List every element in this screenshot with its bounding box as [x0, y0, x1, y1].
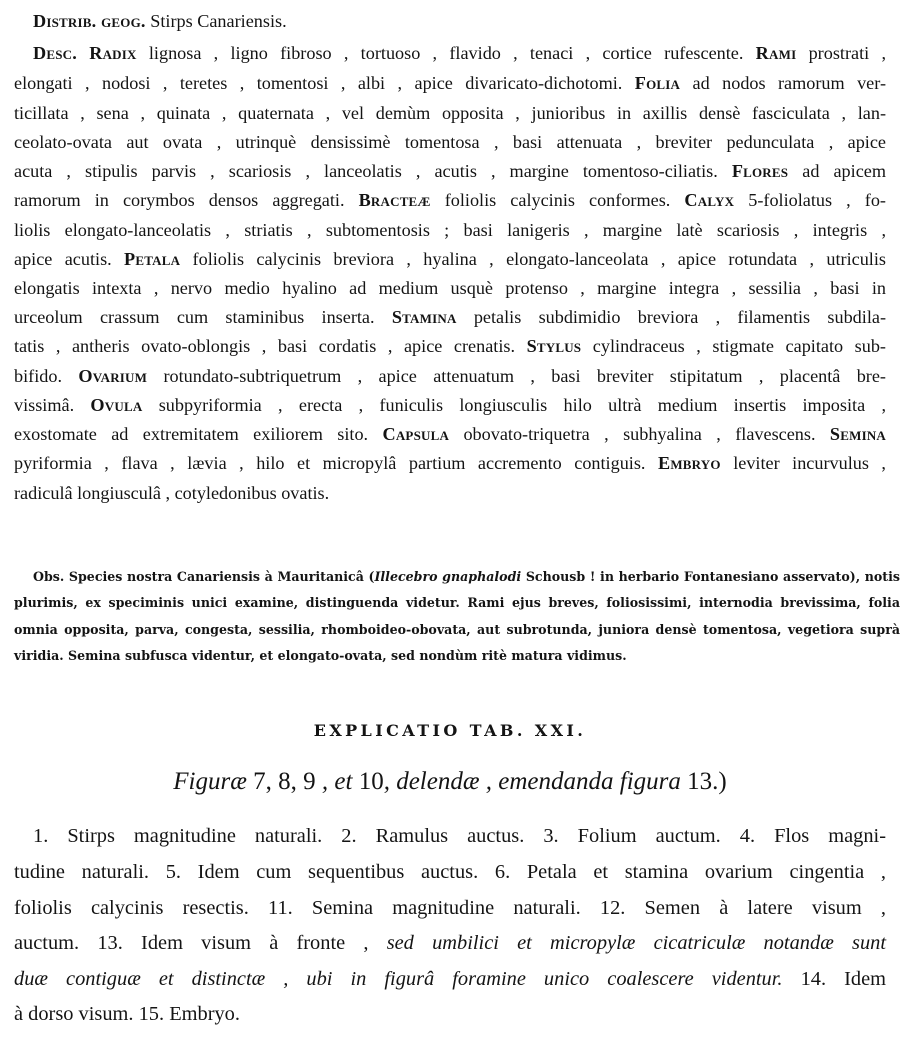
figure-explanation-line: tudine naturali. 5. Idem cum sequentibus… [14, 858, 886, 886]
section-label: Petala [124, 249, 180, 269]
description-line: exostomate ad extremitatem exiliorem sit… [14, 422, 886, 446]
description-line: acuta , stipulis parvis , scariosis , la… [14, 159, 886, 183]
text-run: rotundato-subtriquetrum , apice attenuat… [147, 366, 886, 386]
description-line: radiculâ longiusculâ , cotyledonibus ova… [14, 481, 886, 505]
text-run: ticillata , sena , quinata , quaternata … [14, 103, 886, 123]
figure-number: 7, 8, 9 [253, 768, 316, 795]
figure-number: 10 [359, 768, 384, 795]
text-run [77, 43, 89, 63]
text-run: lignosa , ligno fibroso , tortuoso , fla… [137, 43, 756, 63]
section-label: Stylus [527, 336, 582, 356]
distribution-line: Distrib. geog. Stirps Canariensis. [33, 9, 886, 33]
italic-text: , et [316, 768, 359, 795]
explicatio-subheading: Figuræ 7, 8, 9 , et 10, delendæ , emenda… [0, 768, 900, 796]
description-line: ramorum in corymbos densos aggregati. Br… [14, 188, 886, 212]
text-run: liolis elongato-lanceolatis , striatis ,… [14, 220, 886, 240]
text-run: apice acutis. [14, 249, 124, 269]
description-line: pyriformia , flava , lævia , hilo et mic… [14, 451, 886, 475]
description-line: ceolato-ovata aut ovata , utrinquè densi… [14, 130, 886, 154]
text-run: ad nodos ramorum ver- [680, 73, 886, 93]
text-run: viridia. Semina subfusca videntur, et el… [14, 648, 627, 663]
section-label: Flores [732, 161, 788, 181]
italic-text: Illecebro gnaphalodi [375, 569, 522, 584]
text-run: foliolis calycinis resectis. 11. Semina … [14, 897, 886, 919]
italic-text: duæ contiguæ et distinctæ , ubi in figur… [14, 968, 783, 990]
text-run: plurimis, ex speciminis unici examine, d… [14, 595, 900, 610]
figure-explanation-line: 1. Stirps magnitudine naturali. 2. Ramul… [33, 822, 886, 850]
figure-number: 13.) [687, 768, 727, 795]
description-line: ticillata , sena , quinata , quaternata … [14, 101, 886, 125]
text-run: subpyriformia , erecta , funiculis longi… [142, 395, 886, 415]
section-label: Semina [830, 424, 886, 444]
text-run: prostrati , [796, 43, 886, 63]
section-label: Ovula [90, 395, 142, 415]
text-run: leviter incurvulus , [721, 453, 886, 473]
description-line: Desc. Radix lignosa , ligno fibroso , to… [33, 41, 886, 65]
section-label: Capsula [383, 424, 450, 444]
section-label: Embryo [658, 453, 721, 473]
distribution-text: Stirps Canariensis. [146, 11, 287, 31]
section-label: Bracteæ [359, 190, 431, 210]
text-run: omnia opposita, parva, congesta, sessili… [14, 622, 900, 637]
section-label: Calyx [684, 190, 734, 210]
text-run: ad apicem [788, 161, 886, 181]
description-line: elongatis intexta , nervo medio hyalino … [14, 276, 886, 300]
text-run: bifido. [14, 366, 78, 386]
text-run: exostomate ad extremitatem exiliorem sit… [14, 424, 383, 444]
description-line: tatis , antheris ovato-oblongis , basi c… [14, 334, 886, 358]
italic-text: sed umbilici et micropylæ cicatriculæ no… [387, 932, 886, 954]
text-run: tatis , antheris ovato-oblongis , basi c… [14, 336, 527, 356]
text-run: 1. Stirps magnitudine naturali. 2. Ramul… [33, 825, 886, 847]
description-line: elongati , nodosi , teretes , tomentosi … [14, 71, 886, 95]
italic-text: , delendæ , emendanda figura [384, 768, 687, 795]
explicatio-heading: EXPLICATIO TAB. XXI. [0, 721, 900, 740]
observation-line: plurimis, ex speciminis unici examine, d… [14, 593, 900, 613]
description-line: apice acutis. Petala foliolis calycinis … [14, 247, 886, 271]
text-run: à dorso visum. 15. Embryo. [14, 1003, 240, 1025]
observation-line: Obs. Species nostra Canariensis à Maurit… [33, 567, 900, 587]
distribution-label: Distrib. geog. [33, 11, 146, 31]
description-line: vissimâ. Ovula subpyriformia , erecta , … [14, 393, 886, 417]
figure-explanation-line: à dorso visum. 15. Embryo. [14, 1000, 886, 1028]
text-run: petalis subdimidio breviora , filamentis… [457, 307, 886, 327]
description-line: urceolum crassum cum staminibus inserta.… [14, 305, 886, 329]
document-page: Distrib. geog. Stirps Canariensis. Desc.… [0, 0, 900, 1041]
text-run: elongati , nodosi , teretes , tomentosi … [14, 73, 635, 93]
figure-explanation-line: auctum. 13. Idem visum à fronte , sed um… [14, 929, 886, 957]
section-label: Stamina [392, 307, 457, 327]
text-run: vissimâ. [14, 395, 90, 415]
italic-text: Figuræ [173, 768, 253, 795]
description-line: bifido. Ovarium rotundato-subtriquetrum … [14, 364, 886, 388]
text-run: radiculâ longiusculâ , cotyledonibus ova… [14, 483, 329, 503]
text-run: foliolis calycinis conformes. [431, 190, 685, 210]
section-label: Folia [635, 73, 680, 93]
text-run: pyriformia , flava , lævia , hilo et mic… [14, 453, 658, 473]
section-label: Rami [756, 43, 797, 63]
text-run: Schousb ! in herbario Fontanesiano asser… [521, 569, 900, 584]
text-run: ramorum in corymbos densos aggregati. [14, 190, 359, 210]
description-line: liolis elongato-lanceolatis , striatis ,… [14, 218, 886, 242]
text-run: ceolato-ovata aut ovata , utrinquè densi… [14, 132, 886, 152]
figure-explanation-line: duæ contiguæ et distinctæ , ubi in figur… [14, 965, 886, 993]
section-label: Desc. [33, 43, 77, 63]
text-run: auctum. 13. Idem visum à fronte , [14, 932, 387, 954]
observation-line: viridia. Semina subfusca videntur, et el… [14, 646, 900, 666]
figure-explanation-line: foliolis calycinis resectis. 11. Semina … [14, 894, 886, 922]
section-label: Ovarium [78, 366, 147, 386]
section-label: Radix [89, 43, 136, 63]
text-run: tudine naturali. 5. Idem cum sequentibus… [14, 861, 886, 883]
text-run: acuta , stipulis parvis , scariosis , la… [14, 161, 732, 181]
text-run: Obs. Species nostra Canariensis à Maurit… [33, 569, 375, 584]
observation-line: omnia opposita, parva, congesta, sessili… [14, 620, 900, 640]
text-run: foliolis calycinis breviora , hyalina , … [180, 249, 886, 269]
text-run: urceolum crassum cum staminibus inserta. [14, 307, 392, 327]
text-run: elongatis intexta , nervo medio hyalino … [14, 278, 886, 298]
text-run: obovato-triquetra , subhyalina , flavesc… [449, 424, 830, 444]
text-run: cylindraceus , stigmate capitato sub- [581, 336, 886, 356]
text-run: 5-foliolatus , fo- [734, 190, 886, 210]
text-run: 14. Idem [783, 968, 886, 990]
